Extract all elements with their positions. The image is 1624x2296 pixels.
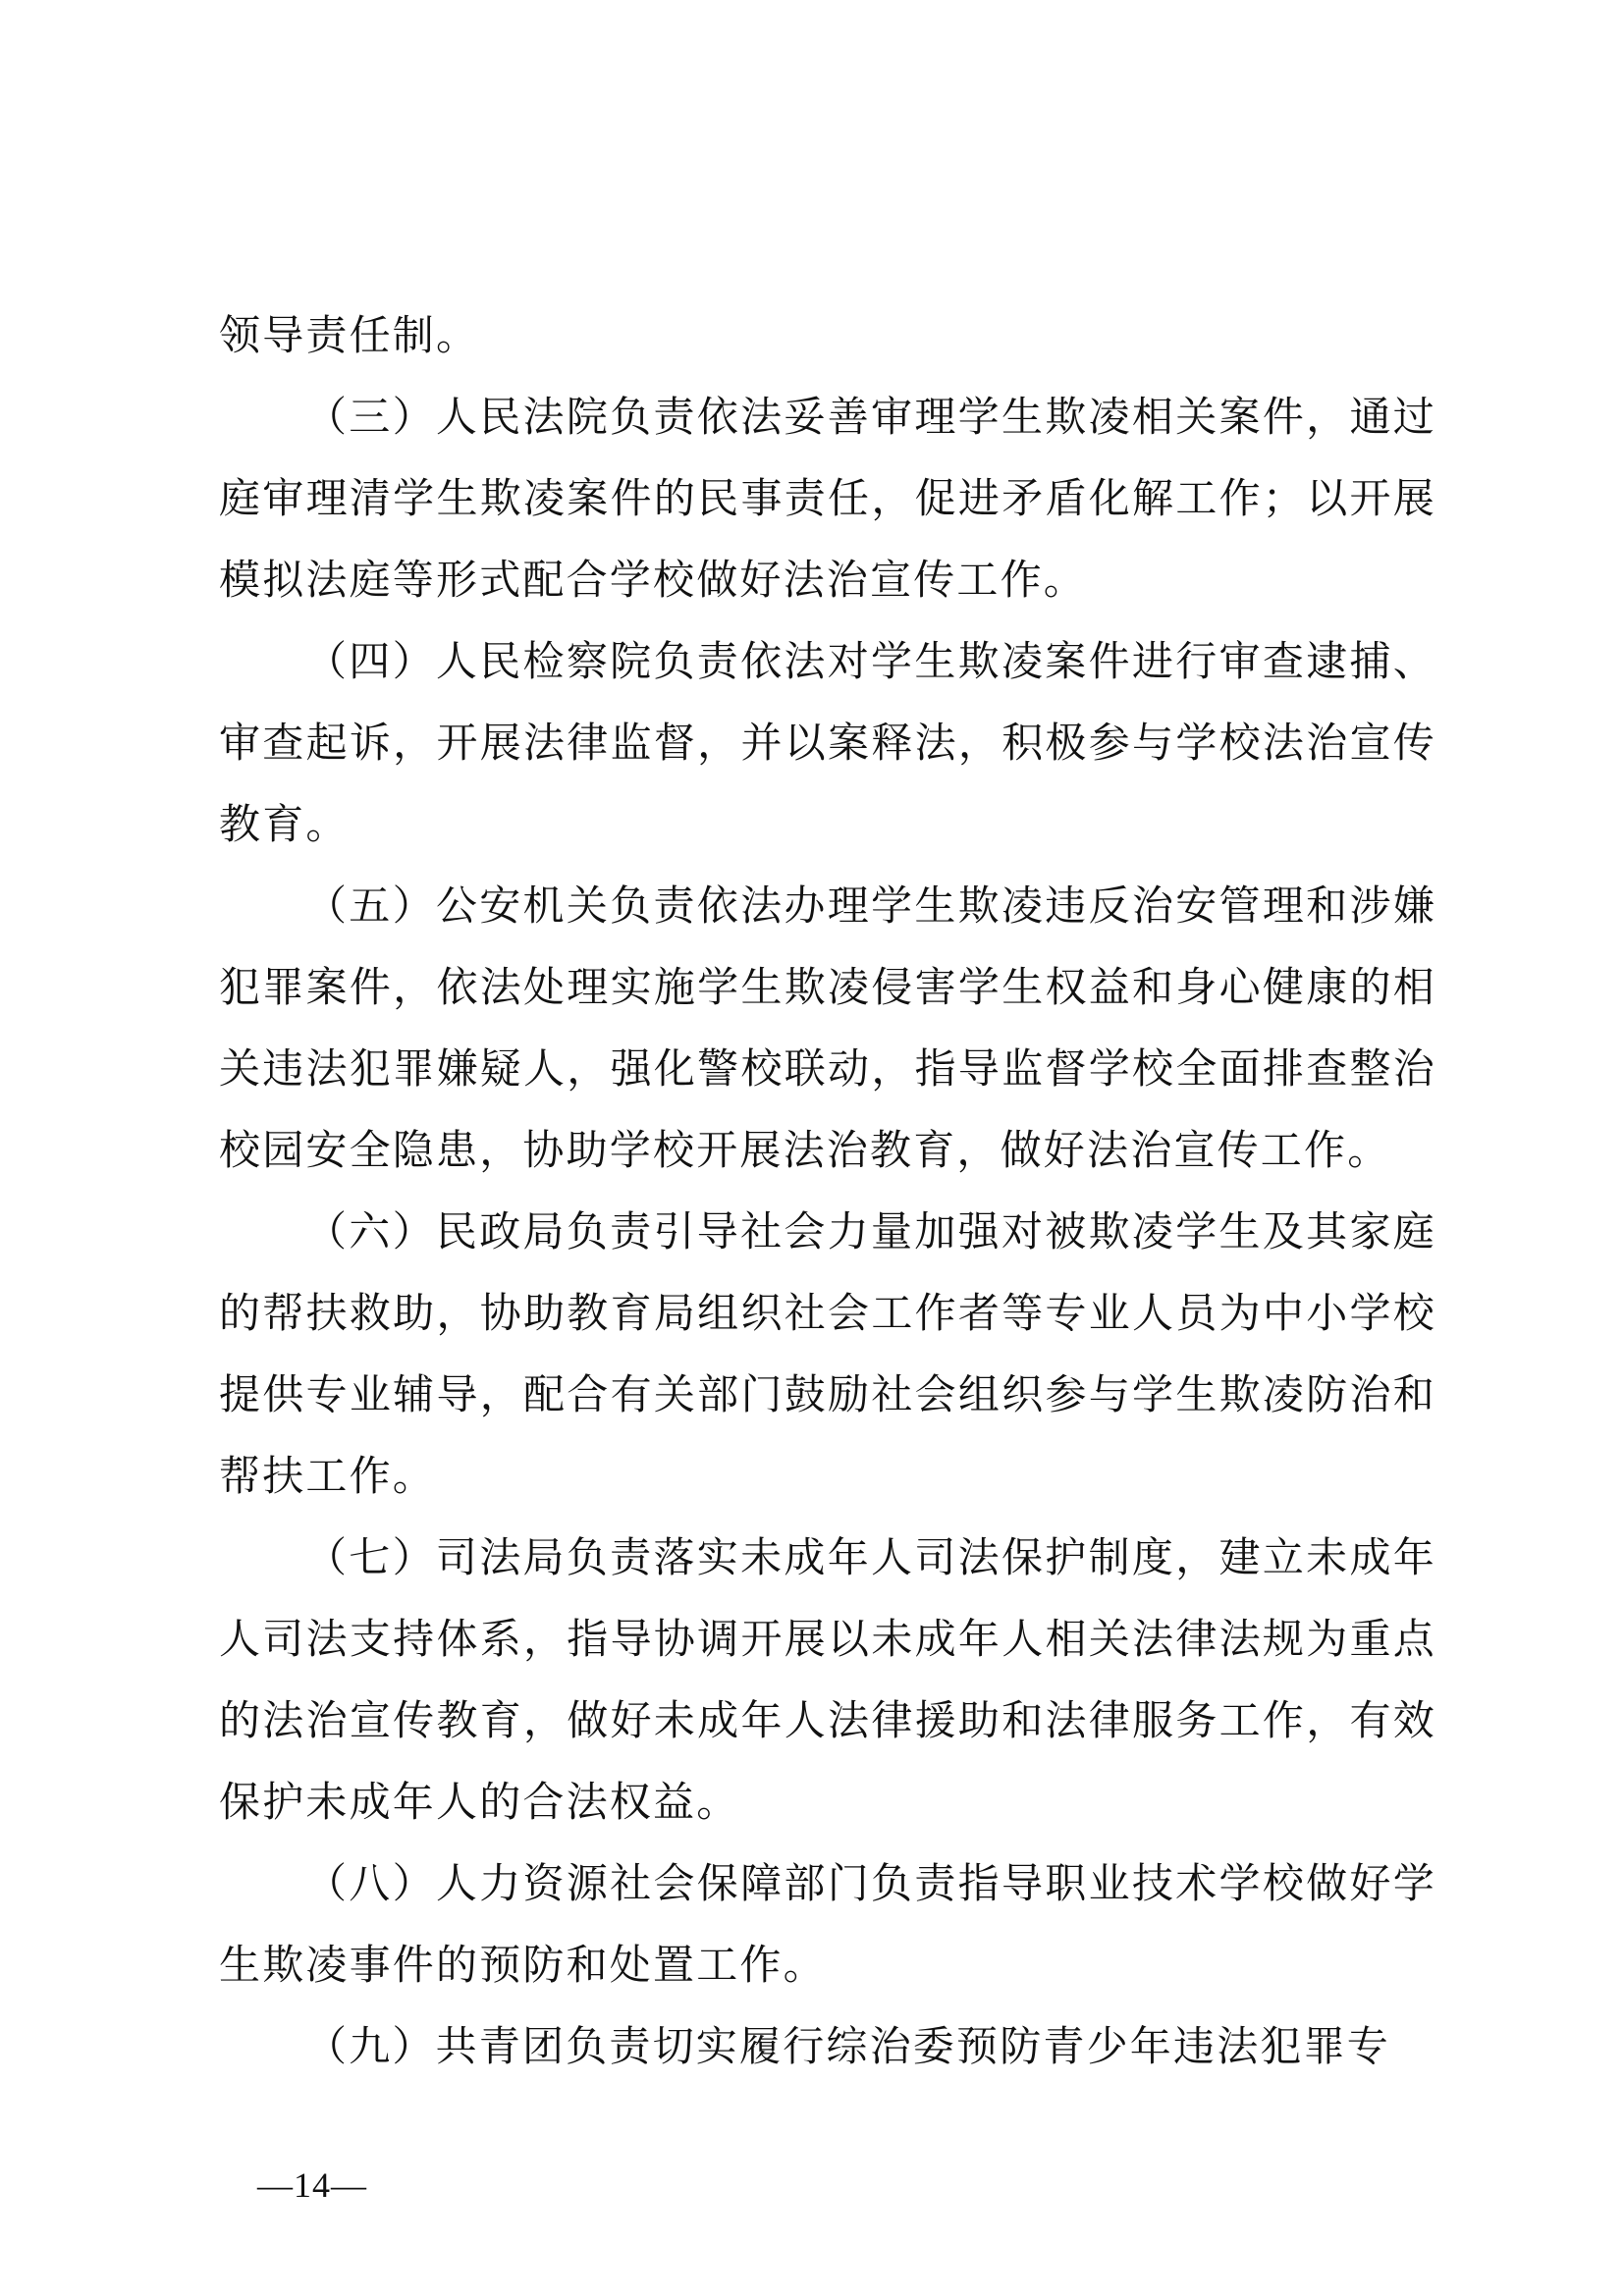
paragraph-procuratorate: （四）人民检察院负责依法对学生欺凌案件进行审查逮捕、审查起诉，开展法律监督，并以… [219, 620, 1436, 865]
paragraph-youth-league: （九）共青团负责切实履行综治委预防青少年违法犯罪专 [219, 2005, 1436, 2087]
paragraph-people-court: （三）人民法院负责依法妥善审理学生欺凌相关案件，通过庭审理清学生欺凌案件的民事责… [219, 376, 1436, 620]
paragraph-public-security: （五）公安机关负责依法办理学生欺凌违反治安管理和涉嫌犯罪案件，依法处理实施学生欺… [219, 865, 1436, 1191]
page-number: —14— [257, 2164, 367, 2206]
paragraph-justice-bureau: （七）司法局负责落实未成年人司法保护制度，建立未成年人司法支持体系，指导协调开展… [219, 1517, 1436, 1842]
paragraph-civil-affairs: （六）民政局负责引导社会力量加强对被欺凌学生及其家庭的帮扶救助，协助教育局组织社… [219, 1191, 1436, 1517]
document-body: 领导责任制。 （三）人民法院负责依法妥善审理学生欺凌相关案件，通过庭审理清学生欺… [219, 294, 1436, 2087]
paragraph-human-resources: （八）人力资源社会保障部门负责指导职业技术学校做好学生欺凌事件的预防和处置工作。 [219, 1842, 1436, 2005]
paragraph-continuation: 领导责任制。 [219, 294, 1436, 376]
